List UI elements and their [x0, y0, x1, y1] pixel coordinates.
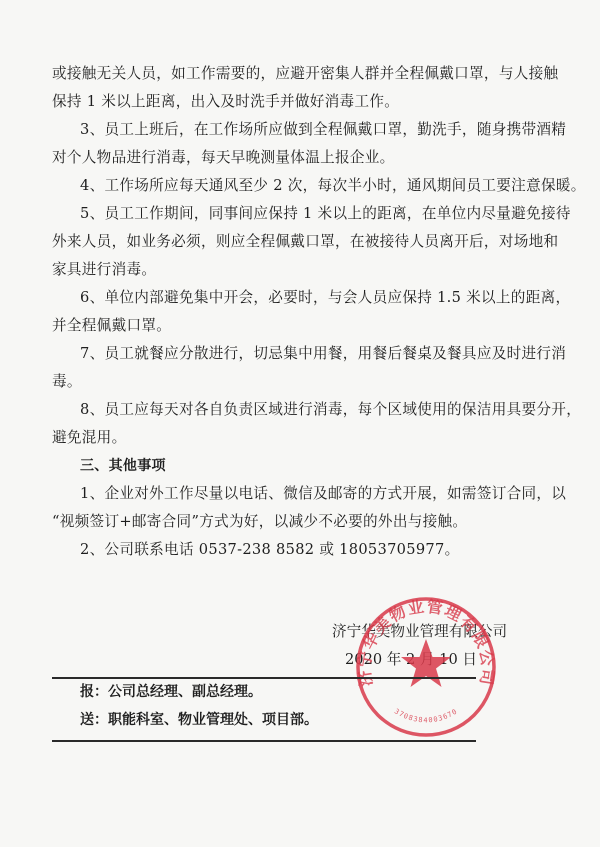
- section-heading: 三、其他事项: [80, 456, 166, 476]
- body-line: 外来人员，如业务必须，则应全程佩戴口罩，在被接待人员离开后，对场地和: [52, 232, 558, 252]
- body-line: 6、单位内部避免集中开会，必要时，与会人员应保持 1.5 米以上的距离，: [80, 288, 570, 308]
- signature-company: 济宁华美物业管理有限公司: [332, 622, 507, 642]
- other-line: 1、企业对外工作尽量以电话、微信及邮寄的方式开展，如需签订合同，以: [80, 484, 566, 504]
- body-line: 7、员工就餐应分散进行，切忌集中用餐，用餐后餐桌及餐具应及时进行消: [80, 344, 566, 364]
- seal-number: 3708384003670: [393, 707, 459, 724]
- body-line: 对个人物品进行消毒，每天早晚测量体温上报企业。: [52, 148, 395, 168]
- body-line: 或接触无关人员，如工作需要的，应避开密集人群并全程佩戴口罩，与人接触: [52, 64, 558, 84]
- body-line: 避免混用。: [52, 428, 126, 448]
- body-line: 3、员工上班后，在工作场所应做到全程佩戴口罩，勤洗手，随身携带酒精: [80, 120, 566, 140]
- other-line: 2、公司联系电话 0537-238 8582 或 18053705977。: [80, 540, 460, 560]
- body-line: 家具进行消毒。: [52, 260, 156, 280]
- body-line: 4、工作场所应每天通风至少 2 次，每次半小时，通风期间员工要注意保暖。: [80, 176, 586, 196]
- body-line: 保持 1 米以上距离，出入及时洗手并做好消毒工作。: [52, 92, 399, 112]
- document-page: 或接触无关人员，如工作需要的，应避开密集人群并全程佩戴口罩，与人接触 保持 1 …: [0, 0, 600, 847]
- top-divider: [52, 677, 476, 679]
- body-line: 并全程佩戴口罩。: [52, 316, 171, 336]
- body-line: 5、员工工作期间，同事间应保持 1 米以上的距离，在单位内尽量避免接待: [80, 204, 571, 224]
- seal-ring-text: 济宁华美物业管理有限公司: [354, 597, 497, 688]
- bottom-divider: [52, 740, 476, 742]
- other-line: “视频签订+邮寄合同”方式为好，以减少不必要的外出与接触。: [52, 512, 467, 532]
- send-to-line: 送：职能科室、物业管理处、项目部。: [80, 710, 318, 730]
- report-to-line: 报：公司总经理、副总经理。: [80, 682, 262, 702]
- svg-text:济宁华美物业管理有限公司: 济宁华美物业管理有限公司: [354, 597, 497, 688]
- body-line: 8、员工应每天对各自负责区域进行消毒，每个区域使用的保洁用具要分开，: [80, 400, 581, 420]
- signature-date: 2020 年 2 月 10 日: [345, 650, 477, 670]
- body-line: 毒。: [52, 372, 82, 392]
- svg-text:3708384003670: 3708384003670: [393, 707, 459, 724]
